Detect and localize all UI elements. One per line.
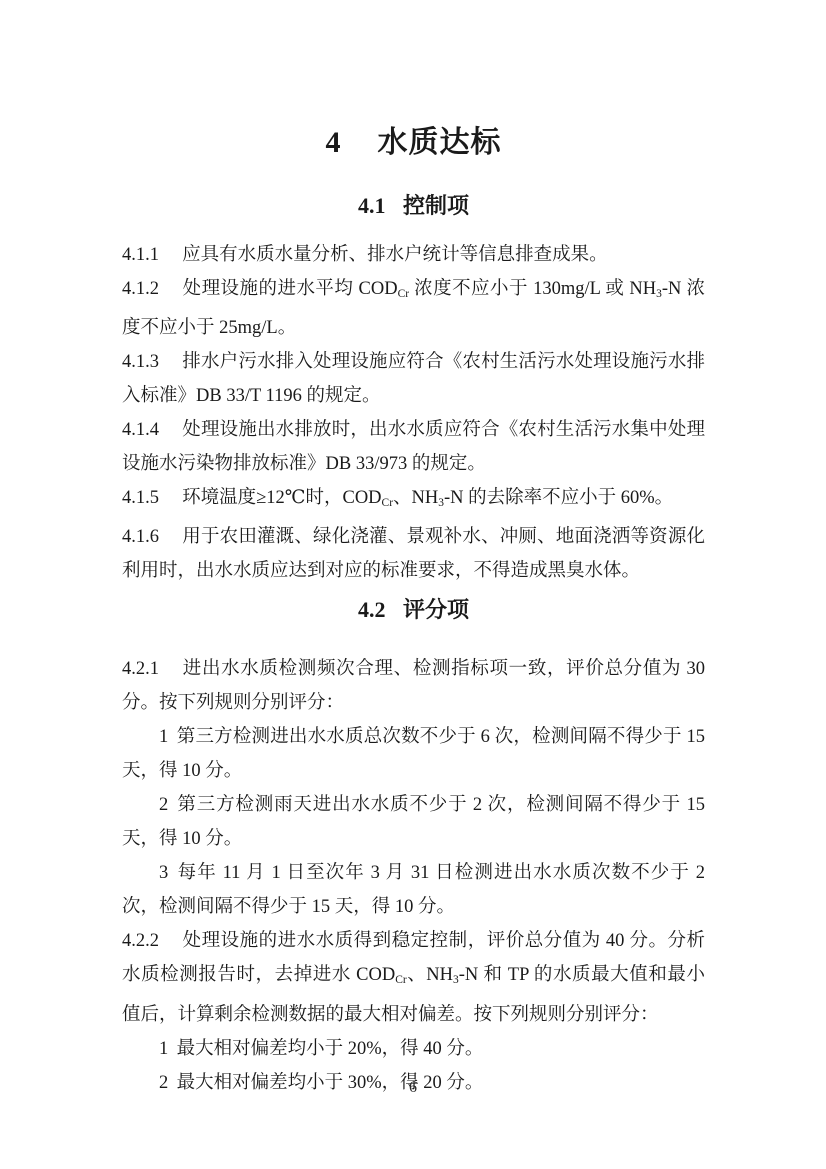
clause-paragraph: 4.1.3排水户污水排入处理设施应符合《农村生活污水处理设施污水排入标准》DB … [122,345,705,413]
clause-number: 4.2.2 [122,931,159,951]
subscript-text: Cr [398,288,409,300]
section-heading: 4.1控制项 [122,192,705,220]
clause-number: 4.1.5 [122,488,159,508]
clause-number: 4.1.1 [122,245,159,265]
section-number: 4.1 [358,193,386,218]
paragraph-text: 应具有水质水量分析、排水户统计等信息排查成果。 [182,245,608,265]
section-title: 控制项 [403,193,469,218]
section-heading: 4.2评分项 [122,596,705,624]
paragraph-text: 处理设施的进水平均 COD [182,279,397,299]
chapter-heading: 4水质达标 [122,124,705,162]
paragraph-text: 、NH [407,965,453,985]
paragraph-text: 第三方检测进出水水质总次数不少于 6 次，检测间隔不得少于 15 天，得 10 … [122,727,705,781]
paragraph-text: -N 的去除率不应小于 60%。 [444,488,673,508]
clause-paragraph: 4.2.2处理设施的进水水质得到稳定控制，评价总分值为 40 分。分析水质检测报… [122,924,705,1031]
paragraph-text: 、NH [393,488,438,508]
clause-paragraph: 4.1.4处理设施出水排放时，出水水质应符合《农村生活污水集中处理设施水污染物排… [122,413,705,481]
list-item-paragraph: 2第三方检测雨天进出水水质不少于 2 次，检测间隔不得少于 15 天，得 10 … [122,788,705,856]
paragraph-text: 环境温度≥12℃时，COD [182,488,381,508]
section-4.2: 4.2评分项4.2.1进出水水质检测频次合理、检测指标项一致，评价总分值为 30… [122,596,705,1099]
paragraph-text: 最大相对偏差均小于 20%，得 40 分。 [177,1039,484,1059]
document-page: 4水质达标 4.1控制项4.1.1应具有水质水量分析、排水户统计等信息排查成果。… [0,0,826,1169]
section-4.1: 4.1控制项4.1.1应具有水质水量分析、排水户统计等信息排查成果。4.1.2处… [122,192,705,588]
clause-paragraph: 4.1.2处理设施的进水平均 CODCr 浓度不应小于 130mg/L 或 NH… [122,272,705,345]
section-title: 评分项 [403,597,469,622]
clause-number: 4.1.6 [122,527,159,547]
clause-number: 4.1.2 [122,279,159,299]
item-number: 3 [159,863,168,883]
paragraph-text: 排水户污水排入处理设施应符合《农村生活污水处理设施污水排入标准》DB 33/T … [122,352,705,406]
paragraph-text: 用于农田灌溉、绿化浇灌、景观补水、冲厕、地面浇洒等资源化利用时，出水水质应达到对… [122,527,705,581]
sections: 4.1控制项4.1.1应具有水质水量分析、排水户统计等信息排查成果。4.1.2处… [122,192,705,1100]
item-number: 2 [159,795,168,815]
list-item-paragraph: 3每年 11 月 1 日至次年 3 月 31 日检测进出水水质次数不少于 2 次… [122,856,705,924]
paragraph-text: 处理设施出水排放时，出水水质应符合《农村生活污水集中处理设施水污染物排放标准》D… [122,420,705,474]
subscript-text: Cr [395,975,406,987]
paragraph-text: 每年 11 月 1 日至次年 3 月 31 日检测进出水水质次数不少于 2 次，… [122,863,705,917]
clause-paragraph: 4.1.5环境温度≥12℃时，CODCr、NH3-N 的去除率不应小于 60%。 [122,481,705,520]
clause-paragraph: 4.1.1应具有水质水量分析、排水户统计等信息排查成果。 [122,238,705,272]
list-item-paragraph: 1最大相对偏差均小于 20%，得 40 分。 [122,1032,705,1066]
clause-number: 4.1.3 [122,352,159,372]
section-number: 4.2 [358,597,386,622]
clause-paragraph: 4.1.6用于农田灌溉、绿化浇灌、景观补水、冲厕、地面浇洒等资源化利用时，出水水… [122,520,705,588]
chapter-title: 水质达标 [378,126,502,159]
item-number: 1 [159,727,168,747]
paragraph-text: 进出水水质检测频次合理、检测指标项一致，评价总分值为 30 分。按下列规则分别评… [122,659,705,713]
clause-number: 4.2.1 [122,659,159,679]
list-item-paragraph: 1第三方检测进出水水质总次数不少于 6 次，检测间隔不得少于 15 天，得 10… [122,720,705,788]
paragraph-text: 浓度不应小于 130mg/L 或 NH [409,279,656,299]
subscript-text: Cr [382,497,393,509]
page-number: 6 [0,1079,826,1097]
clause-number: 4.1.4 [122,420,159,440]
clause-paragraph: 4.2.1进出水水质检测频次合理、检测指标项一致，评价总分值为 30 分。按下列… [122,652,705,720]
chapter-number: 4 [326,126,342,159]
item-number: 1 [159,1039,168,1059]
paragraph-text: 第三方检测雨天进出水水质不少于 2 次，检测间隔不得少于 15 天，得 10 分… [122,795,705,849]
